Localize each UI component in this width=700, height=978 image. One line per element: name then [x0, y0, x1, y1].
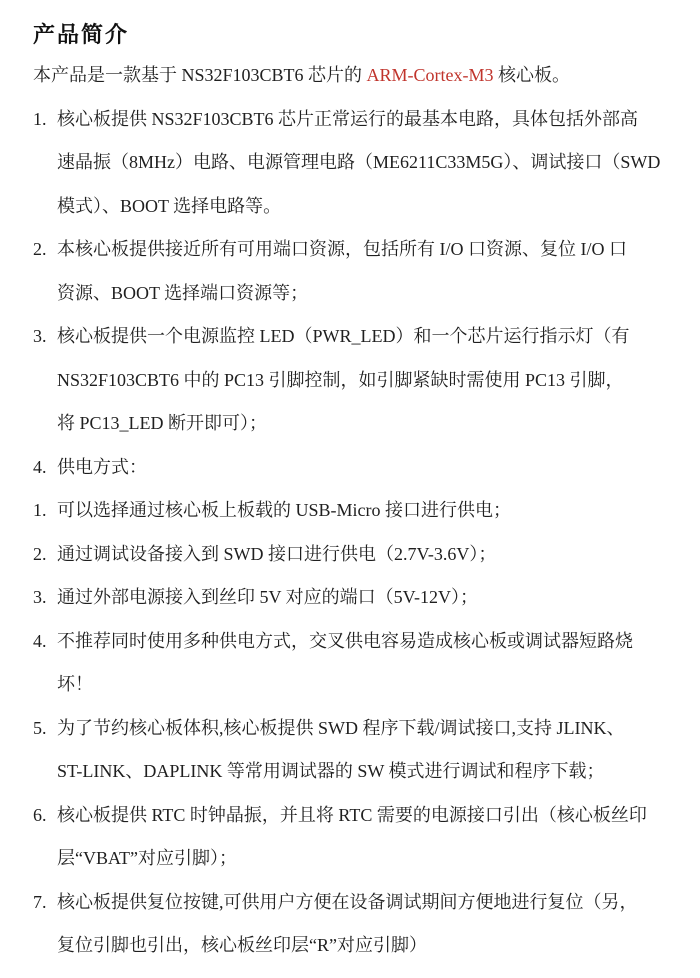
- item-text: 核心板提供 NS32F103CBT6 芯片正常运行的最基本电路，具体包括外部高: [57, 109, 638, 129]
- list-item-01: 1.核心板提供 NS32F103CBT6 芯片正常运行的最基本电路，具体包括外部…: [33, 98, 674, 229]
- list-item-06: 6.核心板提供 RTC 时钟晶振，并且将 RTC 需要的电源接口引出（核心板丝印…: [33, 794, 674, 881]
- item-line: 层“VBAT”对应引脚）；: [33, 837, 674, 881]
- item-line: 3.通过外部电源接入到丝印 5V 对应的端口（5V-12V）；: [33, 576, 674, 620]
- item-text: 通过外部电源接入到丝印 5V 对应的端口（5V-12V）；: [57, 587, 478, 607]
- item-line: 模式）、BOOT 选择电路等。: [33, 185, 674, 229]
- item-number: 6.: [33, 794, 57, 838]
- item-number: 4.: [33, 620, 57, 664]
- item-line: 3.核心板提供一个电源监控 LED（PWR_LED）和一个芯片运行指示灯（有: [33, 315, 674, 359]
- intro-text-before: 本产品是一款基于 NS32F103CBT6 芯片的: [33, 65, 367, 85]
- item-line: 5.为了节约核心板体积,核心板提供 SWD 程序下载/调试接口,支持 JLINK…: [33, 707, 674, 751]
- item-number: 4.: [33, 446, 57, 490]
- item-number: 3.: [33, 315, 57, 359]
- list-item-07: 7.核心板提供复位按键,可供用户方便在设备调试期间方便地进行复位（另， 复位引脚…: [33, 881, 674, 968]
- list-item-05: 5.为了节约核心板体积,核心板提供 SWD 程序下载/调试接口,支持 JLINK…: [33, 707, 674, 794]
- intro-text-after: 核心板。: [494, 65, 571, 85]
- item-text: 本核心板提供接近所有可用端口资源，包括所有 I/O 口资源、复位 I/O 口: [57, 239, 627, 259]
- item-line: ST-LINK、DAPLINK 等常用调试器的 SW 模式进行调试和程序下载；: [33, 750, 674, 794]
- list-item-03: 3.核心板提供一个电源监控 LED（PWR_LED）和一个芯片运行指示灯（有 N…: [33, 315, 674, 446]
- document-page: 产品简介 本产品是一款基于 NS32F103CBT6 芯片的 ARM-Corte…: [0, 0, 700, 968]
- item-line: 坏！: [33, 663, 674, 707]
- item-line: 2.本核心板提供接近所有可用端口资源，包括所有 I/O 口资源、复位 I/O 口: [33, 228, 674, 272]
- list-item-02: 2.本核心板提供接近所有可用端口资源，包括所有 I/O 口资源、复位 I/O 口…: [33, 228, 674, 315]
- item-number: 1.: [33, 98, 57, 142]
- power-sub-item-01: 1.可以选择通过核心板上板载的 USB-Micro 接口进行供电；: [33, 489, 674, 533]
- item-line: 资源、BOOT 选择端口资源等；: [33, 272, 674, 316]
- item-line: 7.核心板提供复位按键,可供用户方便在设备调试期间方便地进行复位（另，: [33, 881, 674, 925]
- item-text: 核心板提供复位按键,可供用户方便在设备调试期间方便地进行复位（另，: [57, 892, 638, 912]
- item-line: 4.供电方式：: [33, 446, 674, 490]
- power-sub-item-02: 2.通过调试设备接入到 SWD 接口进行供电（2.7V-3.6V）；: [33, 533, 674, 577]
- intro-paragraph: 本产品是一款基于 NS32F103CBT6 芯片的 ARM-Cortex-M3 …: [33, 54, 674, 98]
- item-number: 7.: [33, 881, 57, 925]
- item-line: 6.核心板提供 RTC 时钟晶振，并且将 RTC 需要的电源接口引出（核心板丝印: [33, 794, 674, 838]
- intro-highlight-red-text: ARM-Cortex-M3: [367, 65, 494, 85]
- item-line: 将 PC13_LED 断开即可）；: [33, 402, 674, 446]
- item-text: 为了节约核心板体积,核心板提供 SWD 程序下载/调试接口,支持 JLINK、: [57, 718, 625, 738]
- power-sub-item-04: 4.不推荐同时使用多种供电方式，交叉供电容易造成核心板或调试器短路烧 坏！: [33, 620, 674, 707]
- item-text: 核心板提供 RTC 时钟晶振，并且将 RTC 需要的电源接口引出（核心板丝印: [57, 805, 647, 825]
- item-line: 1.核心板提供 NS32F103CBT6 芯片正常运行的最基本电路，具体包括外部…: [33, 98, 674, 142]
- item-text: 不推荐同时使用多种供电方式，交叉供电容易造成核心板或调试器短路烧: [57, 631, 633, 651]
- item-line: 4.不推荐同时使用多种供电方式，交叉供电容易造成核心板或调试器短路烧: [33, 620, 674, 664]
- item-number: 2.: [33, 533, 57, 577]
- item-number: 2.: [33, 228, 57, 272]
- page-title: 产品简介: [33, 20, 674, 50]
- item-number: 3.: [33, 576, 57, 620]
- item-text: 可以选择通过核心板上板载的 USB-Micro 接口进行供电；: [57, 500, 511, 520]
- power-sub-item-03: 3.通过外部电源接入到丝印 5V 对应的端口（5V-12V）；: [33, 576, 674, 620]
- list-item-04-power-supply-heading: 4.供电方式：: [33, 446, 674, 490]
- item-line: 2.通过调试设备接入到 SWD 接口进行供电（2.7V-3.6V）；: [33, 533, 674, 577]
- item-text: 通过调试设备接入到 SWD 接口进行供电（2.7V-3.6V）；: [57, 544, 496, 564]
- item-text: 供电方式：: [57, 457, 147, 477]
- item-text: 核心板提供一个电源监控 LED（PWR_LED）和一个芯片运行指示灯（有: [57, 326, 629, 346]
- item-line: 速晶振（8MHz）电路、电源管理电路（ME6211C33M5G）、调试接口（SW…: [33, 141, 674, 185]
- item-line: NS32F103CBT6 中的 PC13 引脚控制，如引脚紧缺时需使用 PC13…: [33, 359, 674, 403]
- item-line: 复位引脚也引出，核心板丝印层“R”对应引脚）: [33, 924, 674, 968]
- item-number: 1.: [33, 489, 57, 533]
- item-number: 5.: [33, 707, 57, 751]
- item-line: 1.可以选择通过核心板上板载的 USB-Micro 接口进行供电；: [33, 489, 674, 533]
